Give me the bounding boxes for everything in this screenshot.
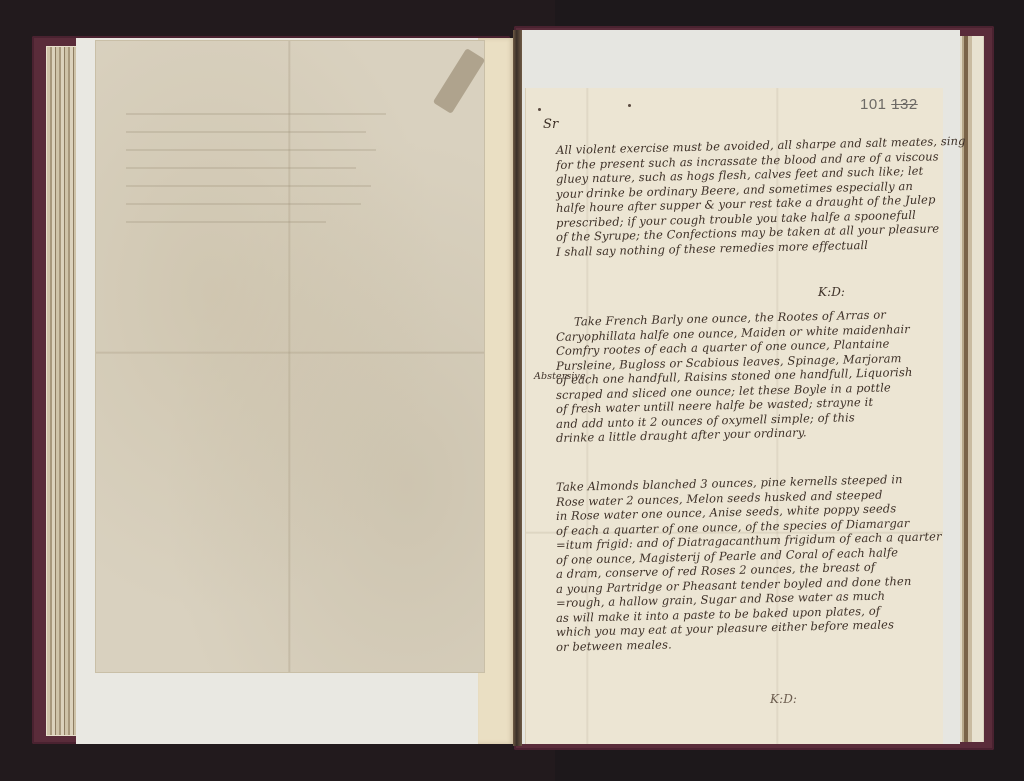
ink-bleed-through <box>126 113 386 115</box>
paragraph-recipe-barley: Take French Barly one ounce, the Rootes … <box>556 315 936 446</box>
folio-current: 101 <box>860 96 887 113</box>
signature-initials-closing: K:D: <box>770 692 797 707</box>
ink-bleed-through <box>126 167 356 169</box>
ink-bleed-through <box>126 131 366 133</box>
paragraph-recipe-almonds: Take Almonds blanched 3 ounces, pine ker… <box>556 480 936 654</box>
salutation: Sr <box>543 118 558 133</box>
stain-mark <box>433 48 486 114</box>
folio-number: 101 132 <box>860 96 918 113</box>
manuscript-page-left <box>95 40 485 673</box>
ink-bleed-through <box>126 203 361 205</box>
folio-struck: 132 <box>891 96 918 113</box>
ink-speck <box>538 108 541 111</box>
ink-bleed-through <box>126 221 326 223</box>
ink-bleed-through <box>126 185 371 187</box>
ink-speck <box>628 104 631 107</box>
page-block-edge-left <box>46 46 78 736</box>
ink-bleed-through <box>126 149 376 151</box>
paragraph-advice: All violent exercise must be avoided, al… <box>556 143 936 259</box>
signature-initials: K:D: <box>818 285 845 300</box>
book-gutter <box>513 30 522 746</box>
